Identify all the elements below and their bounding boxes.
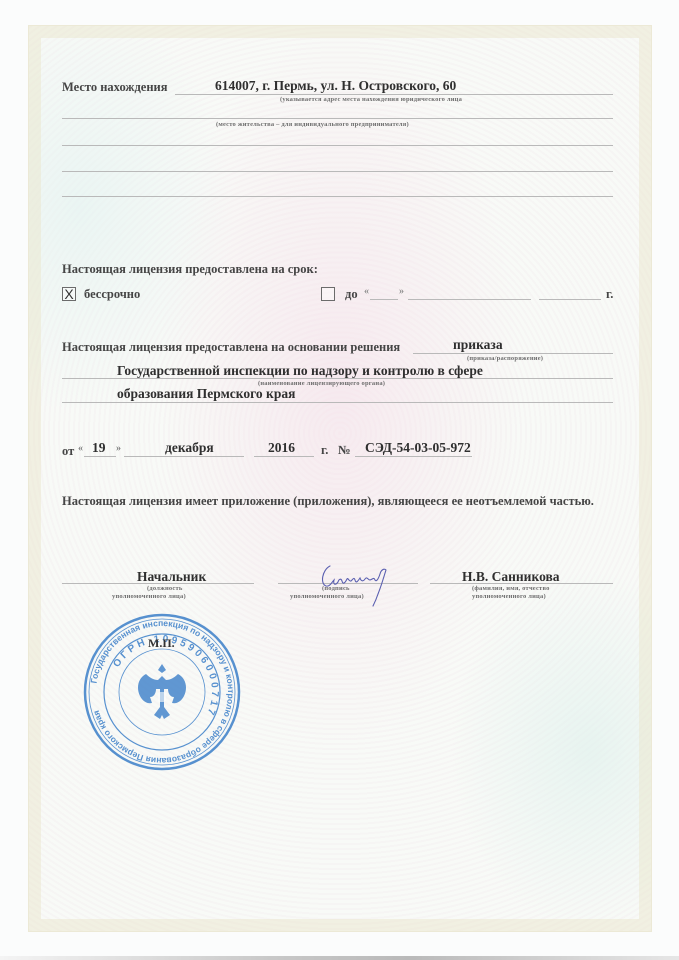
decision-type-line	[413, 353, 613, 354]
until-quote-close: »	[399, 286, 404, 297]
date-day: 19	[92, 440, 106, 456]
indefinite-label: бессрочно	[84, 287, 140, 302]
decision-type: приказа	[453, 337, 503, 353]
location-line-2	[62, 118, 613, 119]
location-value: 614007, г. Пермь, ул. Н. Островского, 60	[215, 78, 456, 94]
date-day-line	[84, 456, 116, 457]
date-month: декабря	[165, 440, 214, 456]
decision-number: СЭД-54-03-05-972	[365, 440, 471, 456]
location-line	[175, 94, 613, 95]
decorative-border	[29, 26, 651, 931]
position-sub-1: (должность	[147, 585, 183, 592]
blank-line-3	[62, 196, 613, 197]
name-sub-2: уполномоченного лица)	[472, 593, 546, 600]
location-sub-legal: (указывается адрес места нахождения юрид…	[280, 96, 462, 103]
position-sub-2: уполномоченного лица)	[112, 593, 186, 600]
until-year-suffix: г.	[606, 287, 613, 302]
name-sub-1: (фамилия, имя, отчество	[472, 585, 550, 592]
appendix-text: Настоящая лицензия имеет приложение (при…	[62, 494, 594, 509]
until-quote-open: «	[364, 286, 369, 297]
date-quote-open: «	[78, 443, 83, 454]
date-from-label: от	[62, 444, 74, 459]
date-year-line	[254, 456, 314, 457]
authority-line-2: образования Пермского края	[117, 386, 295, 402]
page-shadow	[0, 956, 679, 960]
date-year-suffix: г.	[321, 443, 328, 458]
name-line	[430, 583, 613, 584]
term-heading: Настоящая лицензия предоставлена на срок…	[62, 262, 318, 277]
number-sign: №	[338, 443, 351, 458]
date-month-line	[124, 456, 244, 457]
license-sheet	[28, 25, 652, 932]
handwritten-signature	[318, 560, 398, 610]
until-checkbox[interactable]	[321, 287, 335, 301]
until-label: до	[345, 287, 358, 302]
mp-label: М.П.	[148, 636, 175, 651]
location-label: Место нахождения	[62, 80, 168, 95]
date-year: 2016	[268, 440, 295, 456]
until-day-line	[370, 299, 398, 300]
indefinite-checkbox[interactable]: X	[62, 287, 76, 301]
until-month-line	[408, 299, 531, 300]
authority-line-2-rule	[62, 402, 613, 403]
blank-line-1	[62, 145, 613, 146]
number-line	[355, 456, 472, 457]
date-quote-close: »	[116, 443, 121, 454]
position-line	[62, 583, 254, 584]
decision-type-sub: (приказа/распоряжение)	[467, 355, 543, 362]
basis-heading: Настоящая лицензия предоставлена на осно…	[62, 340, 400, 355]
blank-line-2	[62, 171, 613, 172]
authority-line-1-rule	[62, 378, 613, 379]
until-year-line	[539, 299, 601, 300]
location-sub-individual: (место жительства – для индивидуального …	[216, 121, 409, 128]
coat-of-arms-icon	[138, 664, 186, 719]
authority-line-1: Государственной инспекции по надзору и к…	[117, 363, 483, 379]
